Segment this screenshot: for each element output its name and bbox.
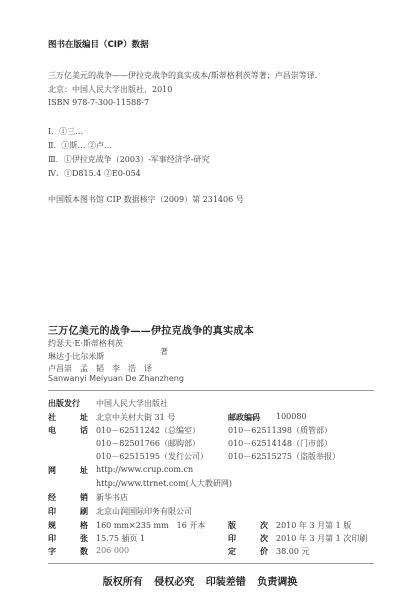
postcode-label: 邮政编码 bbox=[228, 412, 260, 423]
phone-value: 010－62515275（盗版举报） bbox=[228, 451, 340, 462]
divider bbox=[48, 563, 374, 564]
cip-approval: 中国版本图书馆 CIP 数据核字（2009）第 231406 号 bbox=[48, 194, 244, 205]
sheets-value: 15.75 插页 1 bbox=[96, 533, 145, 544]
postcode-value: 100080 bbox=[276, 412, 307, 421]
copyright-notice: 版权所有 侵权必究 印装差错 负责调换 bbox=[0, 573, 400, 588]
address-label: 社址 bbox=[48, 412, 88, 423]
pinyin-title: Sanwanyi Meiyuan De Zhanzheng bbox=[48, 374, 184, 383]
edition-value: 2010 年 3 月第 1 版 bbox=[276, 520, 351, 531]
website-label: 网址 bbox=[48, 465, 88, 476]
cip-class-line: Ⅱ．①斯… ②卢… bbox=[48, 140, 112, 151]
cip-line: 北京：中国人民大学出版社，2010 bbox=[48, 84, 172, 95]
phone-value: 010－62514148（门市部） bbox=[228, 438, 332, 449]
cip-line: 三万亿美元的战争——伊拉克战争的真实成本/斯蒂格利茨等著；卢昌崇等译． bbox=[48, 70, 323, 81]
cip-class-line: Ⅲ．①伊拉克战争（2003）-军事经济学-研究 bbox=[48, 154, 209, 165]
cip-class-line: Ⅰ．①三… bbox=[48, 126, 83, 137]
cip-isbn: ISBN 978-7-300-11588-7 bbox=[48, 98, 149, 107]
book-title: 三万亿美元的战争——伊拉克战争的真实成本 bbox=[48, 322, 254, 337]
author: 琳达·J·比尔米斯 bbox=[48, 351, 104, 362]
divider bbox=[48, 390, 374, 391]
distributor-value: 新华书店 bbox=[96, 492, 128, 503]
phone-value: 010－62511242（总编室） bbox=[96, 425, 200, 436]
author-role: 著 bbox=[160, 346, 168, 357]
format-value: 160 mm×235 mm 16 开本 bbox=[96, 520, 205, 531]
printer-label: 印刷 bbox=[48, 506, 88, 517]
website-link: http://www.ttrnet.com(人大教研网) bbox=[96, 478, 232, 489]
phone-value: 010－62515195（发行公司） bbox=[96, 451, 208, 462]
edition-label: 版次 bbox=[228, 520, 268, 531]
publisher-value: 中国人民大学出版社 bbox=[96, 398, 168, 409]
phone-value: 010－82501766（邮购部） bbox=[96, 438, 200, 449]
distributor-label: 经销 bbox=[48, 492, 88, 503]
price-value: 38.00 元 bbox=[276, 546, 309, 557]
printer-value: 北京山润国际印务有限公司 bbox=[96, 506, 192, 517]
cip-title: 图书在版编目（CIP）数据 bbox=[48, 38, 149, 50]
website-link: http://www.crup.com.cn bbox=[96, 465, 193, 474]
address-value: 北京中关村大街 31 号 bbox=[96, 412, 175, 423]
publisher-label: 出版发行 bbox=[48, 398, 88, 409]
translators: 卢昌崇 孟 韬 李 浩 译 bbox=[48, 363, 152, 374]
words-label: 字数 bbox=[48, 546, 88, 557]
phone-label: 电话 bbox=[48, 425, 88, 436]
printing-label: 印次 bbox=[228, 533, 268, 544]
sheets-label: 印张 bbox=[48, 533, 88, 544]
phone-value: 010－62511398（质管部） bbox=[228, 425, 332, 436]
price-label: 定价 bbox=[228, 546, 268, 557]
cip-class-line: Ⅳ．①D815.4 ②E0-054 bbox=[48, 168, 141, 179]
words-value: 206 000 bbox=[96, 546, 129, 555]
author: 约瑟夫·E·斯蒂格利茨 bbox=[48, 338, 123, 349]
format-label: 规格 bbox=[48, 520, 88, 531]
printing-value: 2010 年 3 月第 1 次印刷 bbox=[276, 533, 367, 544]
